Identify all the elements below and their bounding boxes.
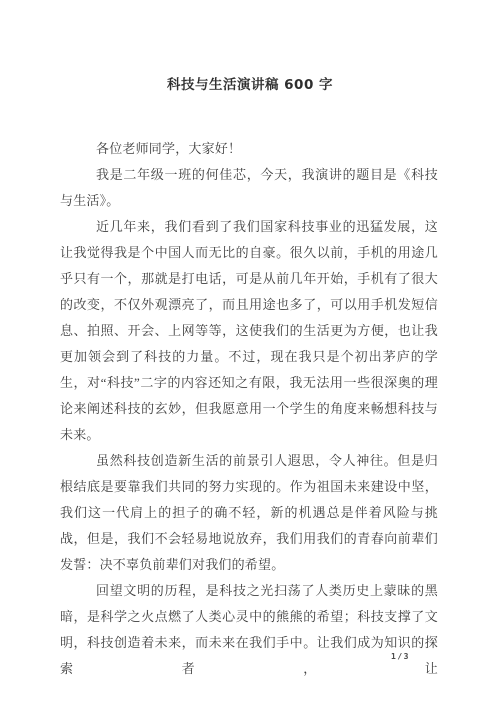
- paragraph-responsibility: 虽然科技创造新生活的前景引人遐思，令人神往。但是归根结底是要靠我们共同的努力实现…: [60, 448, 438, 578]
- paragraph-civilization-cutoff: 回望文明的历程，是科技之光扫荡了人类历史上蒙昧的黑暗，是科学之火点燃了人类心灵中…: [60, 578, 438, 682]
- page-title: 科技与生活演讲稿 600 字: [0, 73, 500, 93]
- document-page: 科技与生活演讲稿 600 字 各位老师同学，大家好！ 我是二年级一班的何佳芯，今…: [0, 0, 500, 707]
- paragraph-introduction: 我是二年级一班的何佳芯，今天，我演讲的题目是《科技与生活》。: [60, 162, 438, 214]
- paragraph-tech-development: 近几年来，我们看到了我们国家科技事业的迅猛发展，这让我觉得我是个中国人而无比的自…: [60, 214, 438, 448]
- document-body: 各位老师同学，大家好！ 我是二年级一班的何佳芯，今天，我演讲的题目是《科技与生活…: [60, 136, 438, 682]
- page-number-indicator: 1/3: [391, 652, 410, 661]
- paragraph-greeting: 各位老师同学，大家好！: [60, 136, 438, 162]
